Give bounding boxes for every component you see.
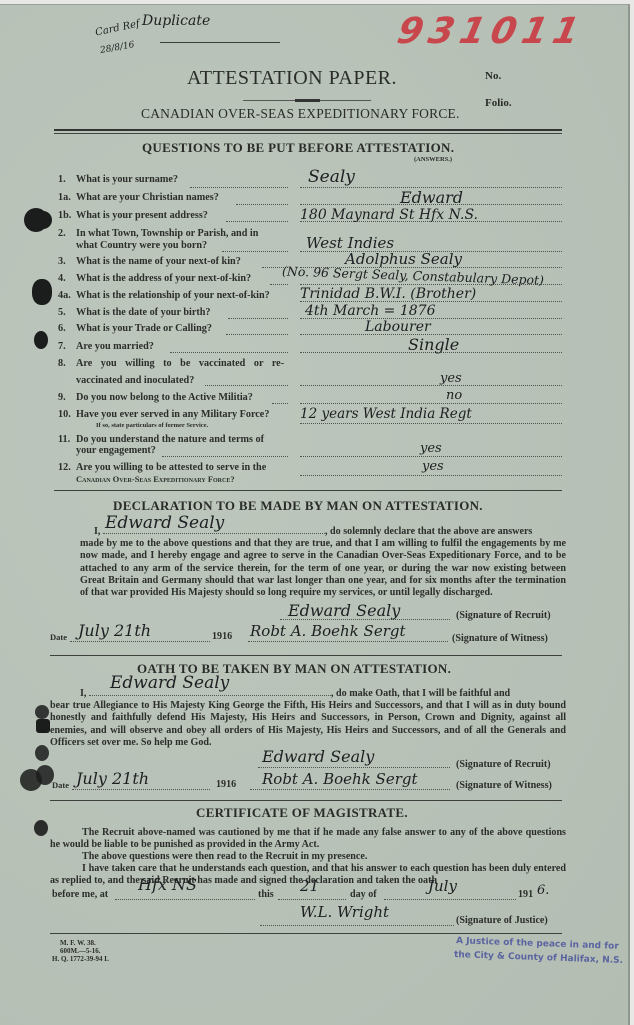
form-code-2: 600M.—5-16.: [60, 947, 100, 955]
question-2-cont: what Country were you born?: [76, 240, 207, 251]
question-8: 8.Are you willing to be vaccinated or re…: [58, 358, 284, 369]
certificate-year-prefix: 191: [518, 889, 533, 901]
ink-blot: [34, 211, 52, 229]
certificate-heading: CERTIFICATE OF MAGISTRATE.: [196, 805, 408, 821]
answer-surname: Sealy: [308, 167, 355, 187]
question-10: 10.Have you ever served in any Military …: [58, 409, 269, 420]
question-1: 1.What is your surname?: [58, 174, 178, 185]
ink-blot: [32, 279, 52, 305]
ink-blot: [35, 705, 49, 719]
ink-blot: [36, 719, 50, 733]
duplicate-underline: [160, 42, 280, 43]
answer-christian-names: Edward: [400, 188, 463, 207]
ink-blot: [35, 745, 49, 761]
certificate-place: Hfx NS: [138, 875, 197, 894]
oath-year: 1916: [216, 779, 236, 791]
form-code-3: H. Q. 1772-39-94 L: [52, 955, 109, 963]
ink-blot: [34, 331, 48, 349]
question-10-note: If so, state particulars of former Servi…: [96, 422, 208, 429]
declaration-recruit-signature: Edward Sealy: [288, 601, 400, 620]
question-1a: 1a.What are your Christian names?: [58, 192, 219, 203]
justice-signature-label: (Signature of Justice): [456, 915, 548, 927]
declaration-heading: DECLARATION TO BE MADE BY MAN ON ATTESTA…: [113, 498, 483, 514]
oath-recruit-signature: Edward Sealy: [262, 747, 374, 766]
folio-label: Folio.: [485, 97, 512, 109]
serial-number: 931011: [394, 11, 589, 52]
question-3: 3.What is the name of your next-of kin?: [58, 256, 241, 267]
question-11-cont: your engagement?: [76, 445, 156, 456]
question-2: 2.In what Town, Township or Parish, and …: [58, 228, 258, 239]
oath-date: July 21th: [76, 769, 149, 788]
oath-witness-signature-label: (Signature of Witness): [456, 780, 552, 792]
oath-end-rule: [50, 800, 562, 801]
certificate-paragraph-1: The Recruit above-named was cautioned by…: [50, 827, 566, 852]
day-of-label: day of: [350, 889, 377, 901]
before-me-label: before me, at: [52, 889, 108, 901]
certificate-year-suffix: 6.: [537, 883, 549, 898]
no-label: No.: [485, 70, 501, 82]
question-6: 6.What is your Trade or Calling?: [58, 323, 212, 334]
ink-blot: [36, 765, 54, 785]
answer-understand-terms: yes: [420, 441, 442, 456]
certificate-end-rule: [50, 933, 562, 934]
duplicate-note: Duplicate: [142, 13, 210, 29]
header-rule-thin: [54, 133, 562, 134]
oath-recruit-signature-label: (Signature of Recruit): [456, 759, 551, 771]
header-rule: [54, 129, 562, 131]
question-9: 9.Do you now belong to the Active Militi…: [58, 392, 253, 403]
answer-next-of-kin-relationship: Trinidad B.W.I. (Brother): [300, 286, 476, 302]
answer-trade: Labourer: [365, 319, 431, 335]
oath-witness-signature: Robt A. Boehk Sergt: [262, 770, 418, 788]
ink-blot: [34, 820, 48, 836]
form-code-1: M. F. W. 38.: [60, 939, 96, 947]
justice-stamp-line-1: A Justice of the peace in and for: [456, 936, 619, 952]
card-ref-note: Card Ref: [94, 18, 140, 38]
answer-date-of-birth: 4th March = 1876: [305, 303, 436, 319]
declaration-witness-signature: Robt A. Boehk Sergt: [250, 622, 406, 640]
card-date-note: 28/8/16: [99, 40, 135, 56]
answer-vaccinated: yes: [440, 371, 462, 386]
this-label: this: [258, 889, 274, 901]
questions-heading: QUESTIONS TO BE PUT BEFORE ATTESTATION.: [142, 140, 454, 156]
title-divider-accent: [295, 99, 320, 102]
oath-date-label: Date: [52, 779, 69, 791]
question-12-cont: Canadian Over-Seas Expeditionary Force?: [76, 474, 235, 484]
certificate-paragraph-2: The above questions were then read to th…: [50, 851, 566, 863]
question-5: 5.What is the date of your birth?: [58, 307, 211, 318]
questions-end-rule: [54, 490, 562, 491]
question-4: 4.What is the address of your next-of-ki…: [58, 273, 251, 284]
answer-military-service: 12 years West India Regt: [300, 406, 472, 422]
question-7: 7.Are you married?: [58, 341, 154, 352]
page-title: ATTESTATION PAPER.: [187, 67, 397, 90]
question-8-cont: vaccinated and inoculated?: [76, 375, 194, 386]
answer-present-address: 180 Maynard St Hfx N.S.: [300, 207, 478, 223]
question-12: 12.Are you willing to be attested to ser…: [58, 462, 266, 473]
declaration-date-label: Date: [50, 631, 67, 643]
certificate-day: 21: [300, 877, 319, 895]
question-11: 11.Do you understand the nature and term…: [58, 434, 264, 445]
declaration-name: Edward Sealy: [105, 513, 224, 533]
declaration-witness-signature-label: (Signature of Witness): [452, 633, 548, 645]
declaration-year: 1916: [212, 631, 232, 643]
answer-willing-attested: yes: [422, 459, 444, 474]
page-subtitle: CANADIAN OVER-SEAS EXPEDITIONARY FORCE.: [141, 106, 460, 122]
declaration-recruit-signature-label: (Signature of Recruit): [456, 610, 551, 622]
declaration-date: July 21th: [78, 621, 151, 640]
answer-married: Single: [408, 335, 459, 354]
answers-label: (ANSWERS.): [414, 156, 452, 163]
attestation-paper: Card Ref 28/8/16 Duplicate 931011 ATTEST…: [0, 4, 630, 1024]
certificate-month: July: [428, 877, 457, 895]
declaration-end-rule: [50, 655, 562, 656]
question-4a: 4a.What is the relationship of your next…: [58, 290, 270, 301]
declaration-body: made by me to the above questions and th…: [80, 538, 566, 599]
oath-name: Edward Sealy: [110, 673, 229, 693]
justice-signature: W.L. Wright: [300, 903, 389, 921]
question-1b: 1b.What is your present address?: [58, 210, 208, 221]
oath-body: bear true Allegiance to His Majesty King…: [50, 700, 566, 749]
answer-active-militia: no: [446, 388, 462, 403]
justice-stamp-line-2: the City & County of Halifax, N.S.: [454, 950, 623, 966]
